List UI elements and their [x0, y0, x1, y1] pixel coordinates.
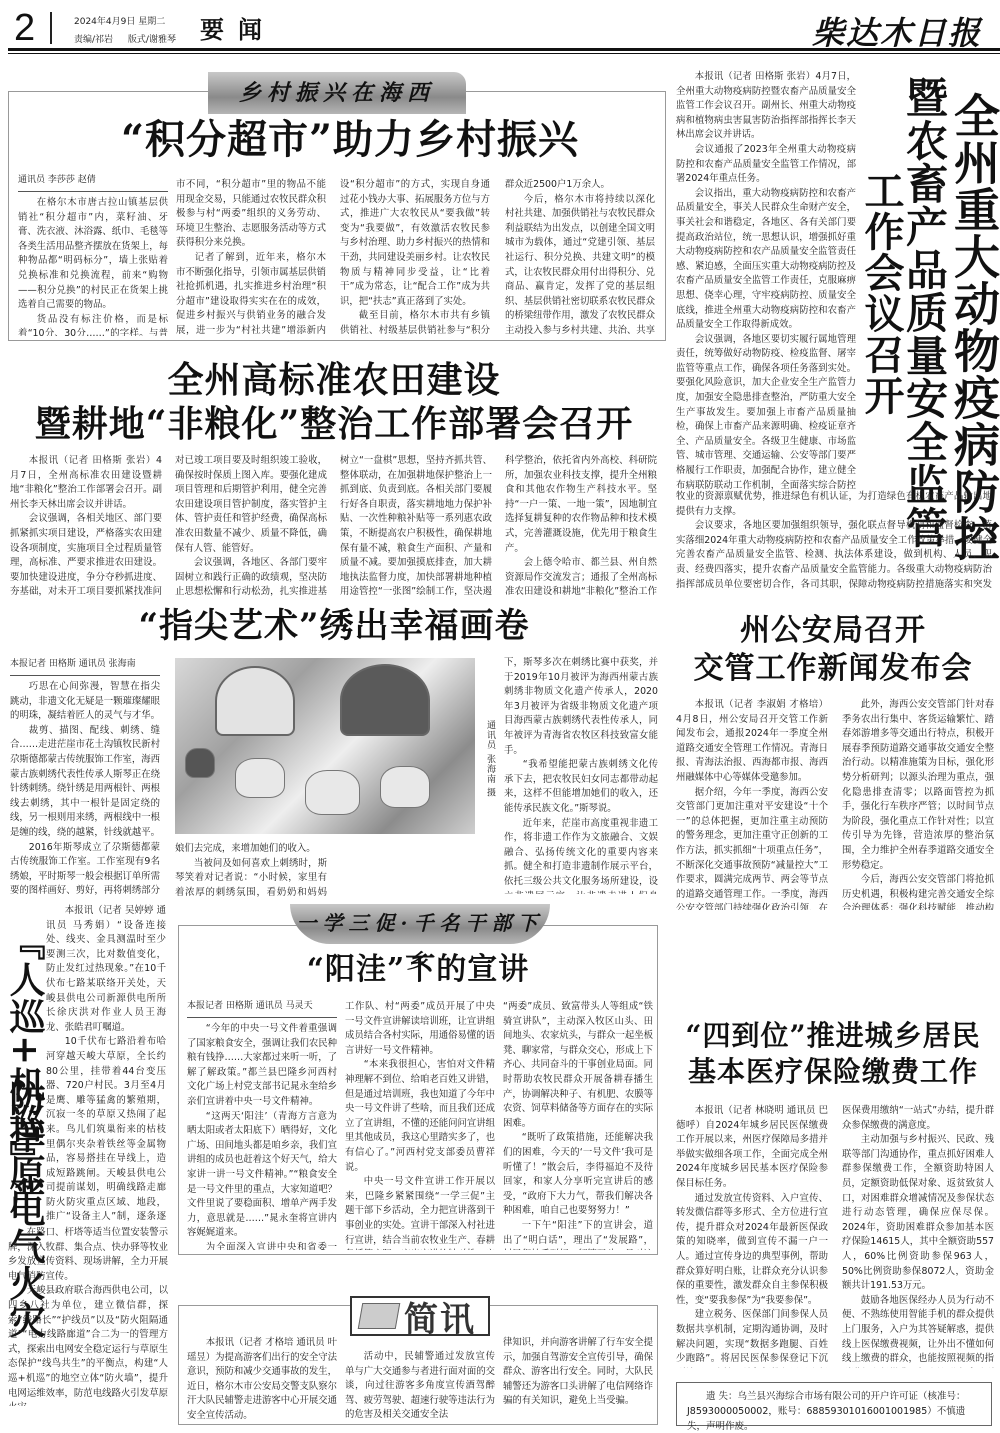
article1-title: “积分超市”助力乡村振兴	[70, 114, 630, 166]
brief-news-label: 简讯	[404, 1292, 476, 1341]
embroidery-photo	[175, 658, 475, 834]
article7-byline: 本报记者 田格斯 通讯员 马灵天	[187, 1000, 337, 1018]
embroidered-hat-dark	[340, 664, 430, 736]
article8-title-line2: 基本医疗保险缴费工作	[668, 1054, 998, 1090]
article4-title: “指尖艺术”绣出幸福画卷	[8, 604, 660, 648]
article2-title-line3: 工作会议召开	[860, 170, 902, 416]
article5-title-line2: 交管工作新闻发布会	[668, 650, 998, 688]
article7-col1: “今年的中央一号文件着重强调了国家粮食安全，强调让我们农民种粮有钱挣……大家都过…	[187, 1022, 337, 1250]
article1-col4: 群众近2500户1万余人。今后，格尔木市将持续以深化村社共建、加强供销社与农牧民…	[505, 178, 655, 336]
article8-title-line1: “四到位”推进城乡居民	[668, 1018, 998, 1054]
article3-title-line1: 全州高标准农田建设	[8, 358, 660, 402]
header-divider	[50, 12, 52, 44]
article1-byline: 通讯员 李莎莎 赵倩	[18, 174, 168, 192]
article4-col1: 巧思在心间弥漫，智慧在指尖跳动，非遗文化无疑是一颗璀璨耀眼的明珠，凝结着匠人的灵…	[10, 680, 160, 896]
article8-col1: 本报讯（记者 林晓明 通讯员 巴德呼）自2024年城乡居民医保缴费工作开展以来，…	[676, 1104, 828, 1368]
rural-revitalization-banner: 乡村振兴在海西	[208, 72, 466, 114]
editor-credits: 责编/祁岩 版式/谢雅琴	[74, 34, 176, 46]
article3-col1: 本报讯（记者 田格斯 张岩）4月7日，全州高标准农田建设暨耕地“非粮化”整治工作…	[10, 454, 162, 596]
article5-col2: 此外，海西公安交管部门针对春季务农出行集中、客货运输繁忙、踏春郊游增多等交通出行…	[842, 698, 994, 910]
article3-col4: 科学整治，依托省内外高校、科研院所，加强农业科技支撑，提升全州粮食和其他农作物生…	[505, 454, 657, 596]
article4-col2: 娘们去完成，来增加她们的收入。当被问及如何喜欢上刺绣时，斯琴笑着对记者说：“小时…	[175, 842, 327, 900]
article4-byline: 本报记者 田格斯 通讯员 张海南	[10, 658, 160, 676]
page-number: 2	[14, 8, 35, 48]
header-rule	[8, 48, 1000, 51]
editor: 责编/祁岩	[74, 35, 113, 45]
brief-news-logo: 简讯	[350, 1296, 490, 1336]
notice-line1: 遗 失：乌兰县兴海综合市场有限公司的开户许可证（核准号：	[687, 1389, 981, 1404]
article6-body: 本报讯（记者 吴婷婷 通讯员 马秀娟）“设备连接处、线夹、金具测温时至少要测三次…	[46, 904, 166, 1224]
brief-col1: 本报讯（记者 才格培 通讯员 叶瑶昱）为提高游客们出行的安全守法意识，预防和减少…	[187, 1336, 337, 1422]
article7-title: “阳洼”下的宣讲	[178, 950, 658, 990]
sachet-charm	[235, 758, 285, 798]
article1-col1: 在格尔木市唐古拉山镇基层供销社“积分超市”内，菜籽油、牙膏、洗衣液、沐浴露、纸巾…	[18, 196, 168, 336]
sachet-charm	[380, 766, 430, 808]
header-rule-thin	[8, 53, 1000, 54]
issue-date: 2024年4月9日 星期二	[74, 16, 165, 28]
sachet-charm	[305, 770, 360, 815]
layout-editor: 版式/谢雅琴	[128, 35, 176, 45]
article4-col3: 下，斯琴多次在刺绣比赛中获奖，并于2019年10月被评为海西州蒙古族刺绣非物质文…	[504, 656, 658, 894]
article8-col2: 医保费用缴纳“一站式”办结，提升群众参保缴费的满意度。主动加强与乡村振兴、民政、…	[842, 1104, 994, 1368]
envelope-arrows-icon	[358, 1303, 401, 1329]
sachet-charm-dark	[185, 748, 215, 778]
article3-col2: 对已竣工项目要及时组织竣工验收，确保按时保质上图入库。要强化建成项目管理和后期管…	[175, 454, 327, 596]
article7-col2: 工作队、村“两委”成员开展了中央一号文件宣讲解读培训班，让宣讲组成员结合各村实际…	[345, 1000, 495, 1250]
article2-body: 本报讯（记者 田格斯 张岩）4月7日，全州重大动物疫病防控暨农畜产品质量安全监管…	[676, 70, 856, 490]
cadres-to-villages-banner: 一学三促·千名干部下乡	[290, 904, 550, 944]
article3-title-line2: 暨耕地“非粮化”整治工作部署会召开	[8, 402, 660, 446]
notice-line2: J8593000050002，账号：68859301016001001985）不…	[687, 1404, 981, 1433]
section-title: 要闻	[200, 10, 276, 45]
article7-col3: “两委”成员、致富带头人等组成“铁骑宣讲队”，主动深入牧区山头、田间地头、农家炕…	[503, 1000, 653, 1250]
article1-col2: 市不同，“积分超市”里的物品不能用现金交易，只能通过农牧民群众积极参与村“两委”…	[176, 178, 326, 336]
article6-body-wide: 在路口、杆塔等适当位置安装警示牌，深入牧群、集合点、快办驿等牧业乡发放宣传资料、…	[8, 1226, 168, 1406]
photo-caption: 通讯员 张海南 摄	[484, 720, 497, 830]
article1-col3: 设“积分超市”的方式，实现自身通过花小钱办大事、拓展服务方位与方式，推进广大农牧…	[340, 178, 490, 336]
article2-body-wide: 牧业的资源禀赋优势，推进绿色有机认证，为打造绿色有机农畜产品输出地提供有力支撑。…	[676, 490, 992, 590]
brief-col3: 律知识，并向游客讲解了行车安全提示，加强自驾游安全宣传引导，确保群众、游客出行安…	[503, 1336, 653, 1422]
article2-title-line2: 暨农畜产品质量安全监管	[902, 76, 946, 549]
article5-title-line1: 州公安局召开	[668, 612, 998, 650]
brief-col2: 活动中，民辅警通过发放宣传单与广大交通参与者进行面对面的交谈，向过往游客多角度宣…	[345, 1350, 495, 1422]
embroidered-hat-light	[215, 666, 295, 736]
article3-col3: 树立“一盘棋”思想，坚持齐抓共管、整体联动，在加强耕地保护整治上一抓到底、负责到…	[340, 454, 492, 596]
lost-notice: 遗 失：乌兰县兴海综合市场有限公司的开户许可证（核准号： J8593000050…	[676, 1382, 992, 1426]
page-header: 2 2024年4月9日 星期二 责编/祁岩 版式/谢雅琴 要闻 柴达木日报	[0, 0, 1000, 52]
article5-col1: 本报讯（记者 李淑娟 才格培）4月8日，州公安局召开交管工作新闻发布会，通报20…	[676, 698, 828, 910]
